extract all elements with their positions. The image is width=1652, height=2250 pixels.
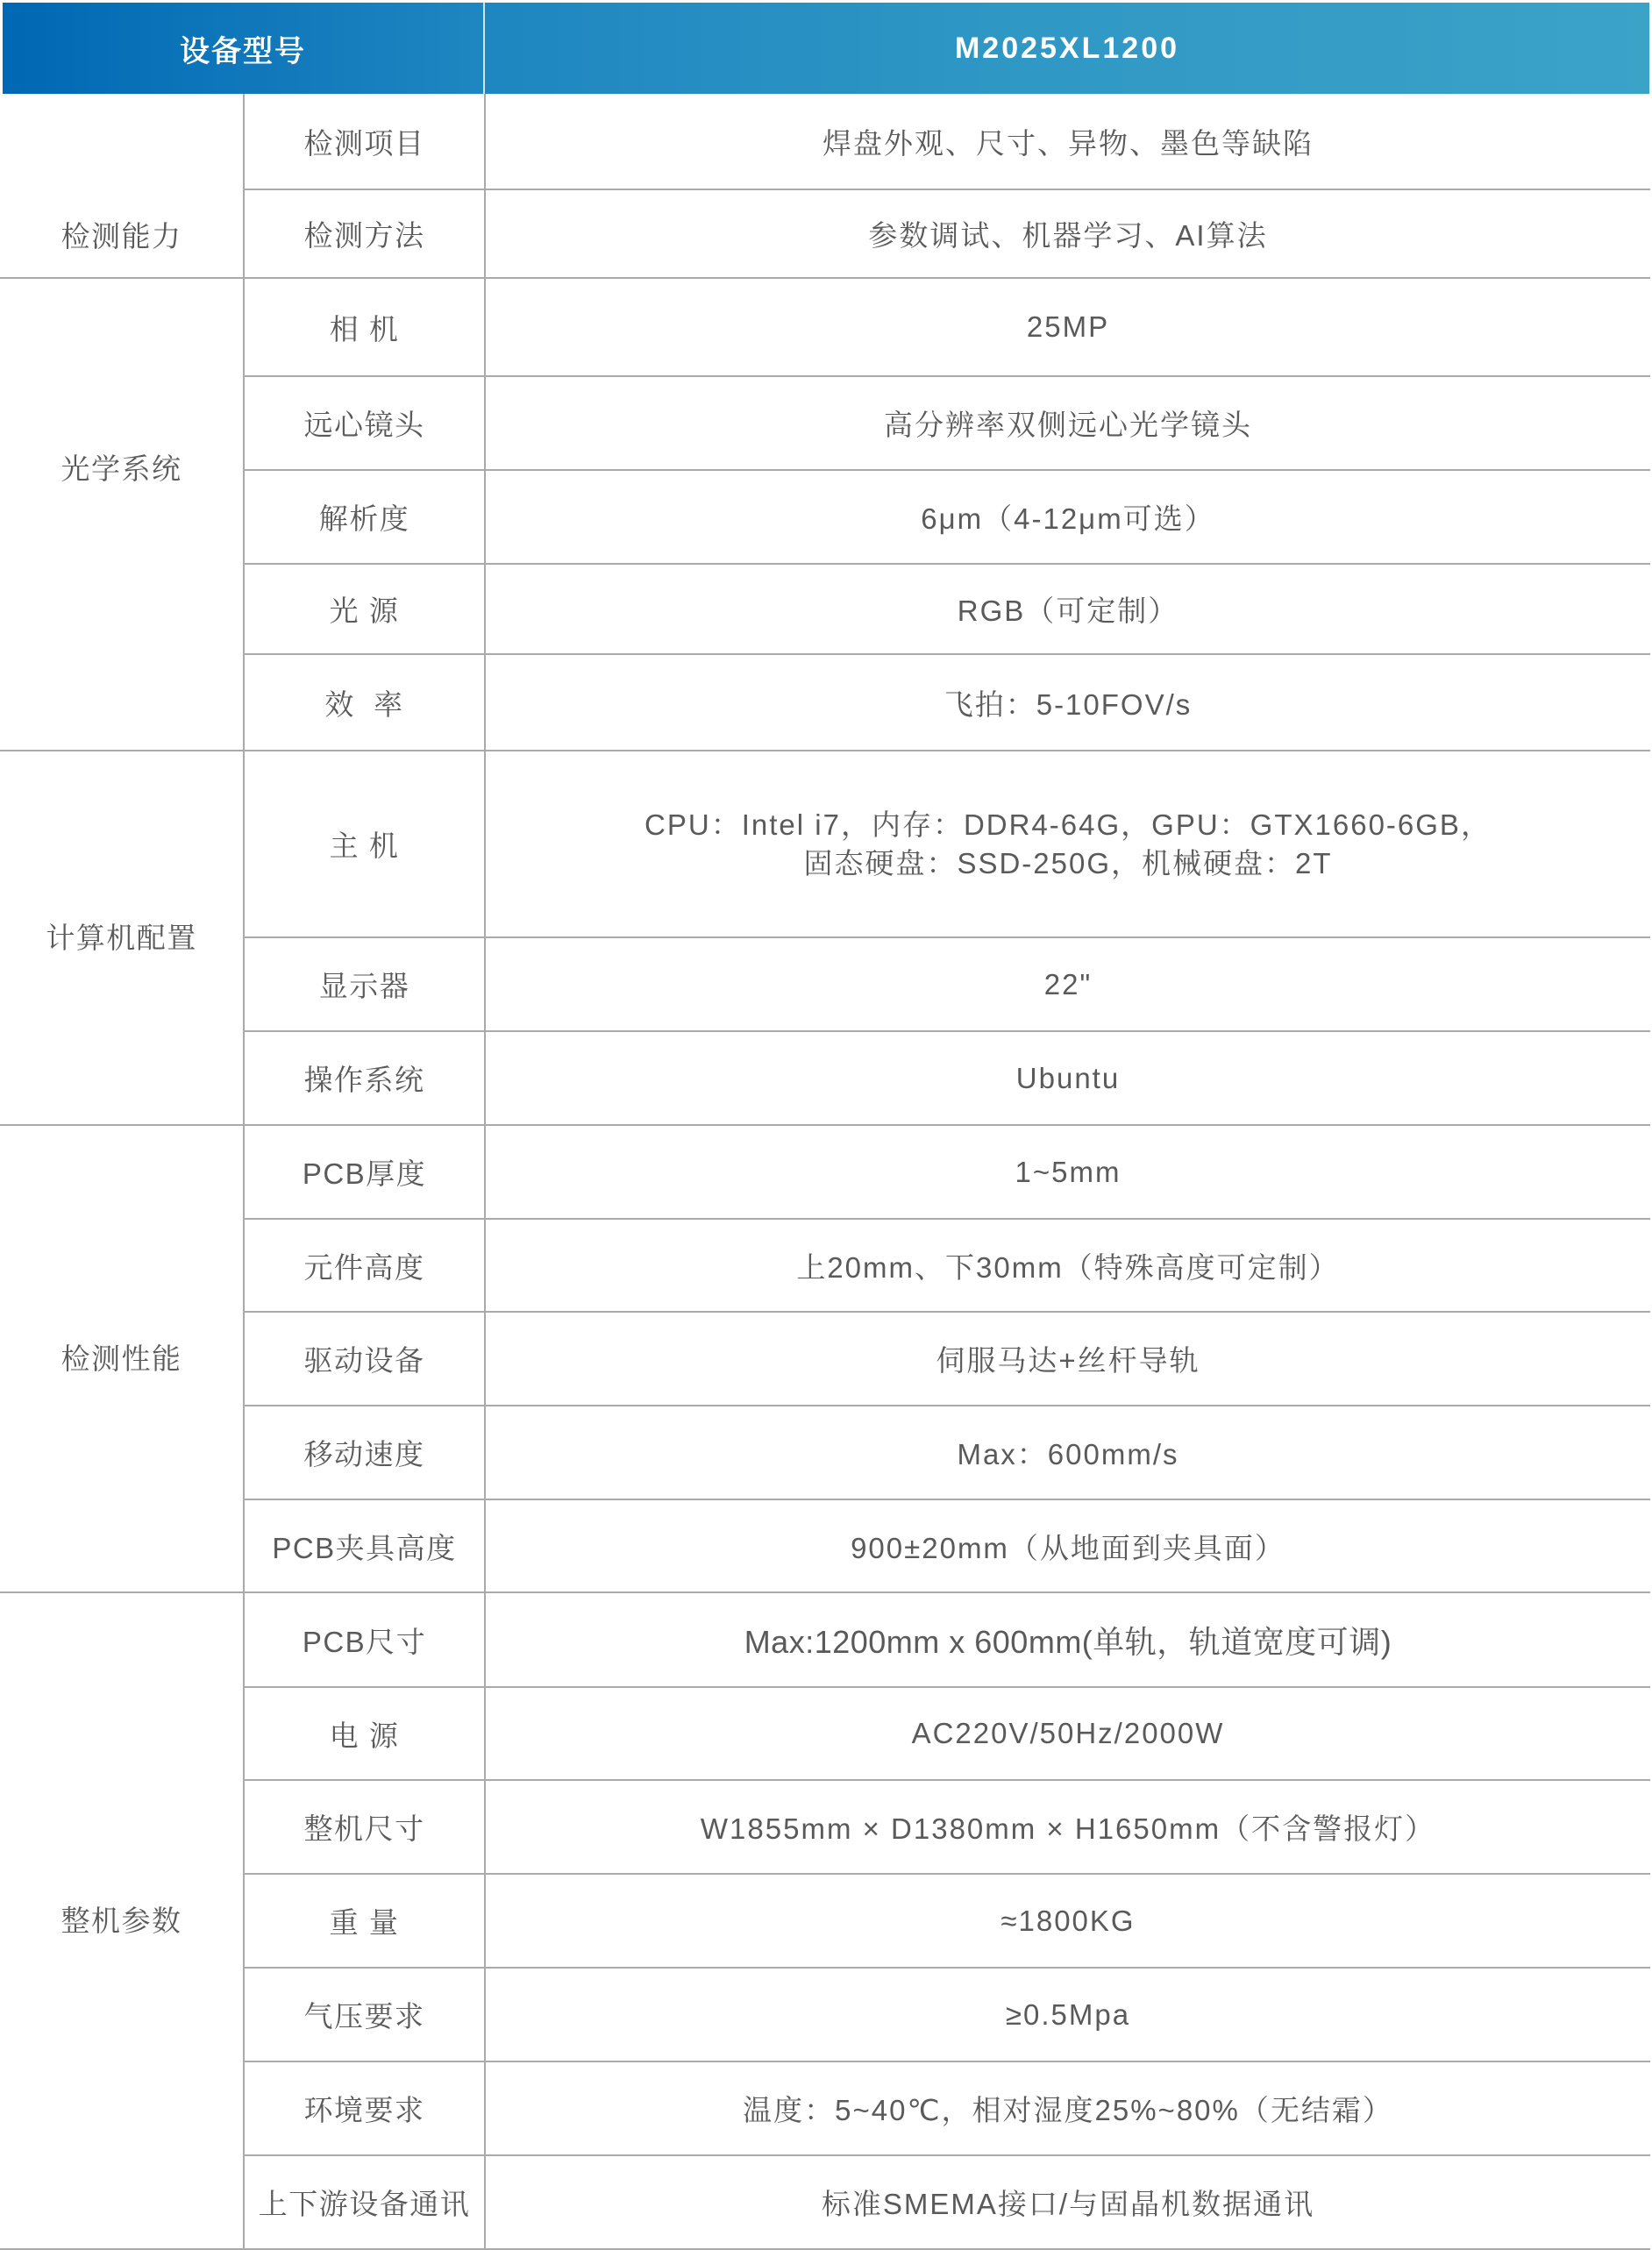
group-rows: PCB厚度 1~5mm 元件高度 上20mm、下30mm（特殊高度可定制） 驱动… bbox=[245, 1126, 1650, 1591]
table-row: 移动速度 Max：600mm/s bbox=[245, 1406, 1650, 1500]
model-label: 设备型号 bbox=[3, 3, 485, 94]
row-label: 操作系统 bbox=[245, 1032, 486, 1124]
group-label: 检测能力 bbox=[0, 94, 245, 277]
model-value: M2025XL1200 bbox=[485, 3, 1649, 94]
table-row: 相 机 25MP bbox=[245, 279, 1650, 377]
row-label: 效 率 bbox=[245, 655, 486, 750]
table-row: PCB尺寸 Max:1200mm x 600mm(单轨，轨道宽度可调) bbox=[245, 1593, 1650, 1688]
row-value: 焊盘外观、尺寸、异物、墨色等缺陷 bbox=[486, 94, 1650, 189]
row-label: 电 源 bbox=[245, 1688, 486, 1779]
row-label: 相 机 bbox=[245, 279, 486, 375]
group-label: 整机参数 bbox=[0, 1593, 245, 2248]
row-value: 上20mm、下30mm（特殊高度可定制） bbox=[486, 1220, 1650, 1311]
group-rows: 主 机 CPU：Intel i7，内存：DDR4-64G，GPU：GTX1660… bbox=[245, 751, 1650, 1124]
table-row: 效 率 飞拍：5-10FOV/s bbox=[245, 655, 1650, 750]
table-row: 整机尺寸 W1855mm × D1380mm × H1650mm（不含警报灯） bbox=[245, 1781, 1650, 1875]
group-rows: PCB尺寸 Max:1200mm x 600mm(单轨，轨道宽度可调) 电 源 … bbox=[245, 1593, 1650, 2248]
row-value-line: CPU：Intel i7，内存：DDR4-64G，GPU：GTX1660-6GB… bbox=[644, 806, 1492, 844]
row-label: 解析度 bbox=[245, 471, 486, 563]
table-row: 解析度 6μm（4-12μm可选） bbox=[245, 471, 1650, 565]
table-row: 操作系统 Ubuntu bbox=[245, 1032, 1650, 1124]
table-row: 环境要求 温度：5~40℃，相对湿度25%~80%（无结霜） bbox=[245, 2062, 1650, 2156]
row-label: 检测项目 bbox=[245, 94, 486, 189]
table-row: 远心镜头 高分辨率双侧远心光学镜头 bbox=[245, 377, 1650, 471]
table-row: 上下游设备通讯 标准SMEMA接口/与固晶机数据通讯 bbox=[245, 2156, 1650, 2248]
row-value: 高分辨率双侧远心光学镜头 bbox=[486, 377, 1650, 469]
group-rows: 相 机 25MP 远心镜头 高分辨率双侧远心光学镜头 解析度 6μm（4-12μ… bbox=[245, 279, 1650, 750]
row-label: PCB尺寸 bbox=[245, 1593, 486, 1686]
row-label: 上下游设备通讯 bbox=[245, 2156, 486, 2248]
row-value: W1855mm × D1380mm × H1650mm（不含警报灯） bbox=[486, 1781, 1650, 1873]
row-value-line: 固态硬盘：SSD-250G，机械硬盘：2T bbox=[803, 844, 1332, 883]
row-label: 重 量 bbox=[245, 1875, 486, 1967]
row-value: Max:1200mm x 600mm(单轨，轨道宽度可调) bbox=[486, 1593, 1650, 1686]
row-value: 25MP bbox=[486, 279, 1650, 375]
row-value: 22" bbox=[486, 938, 1650, 1030]
group-label: 检测性能 bbox=[0, 1126, 245, 1591]
table-row: 气压要求 ≥0.5Mpa bbox=[245, 1969, 1650, 2062]
row-label: 驱动设备 bbox=[245, 1313, 486, 1405]
table-row: PCB夹具高度 900±20mm（从地面到夹具面） bbox=[245, 1500, 1650, 1591]
row-label: 远心镜头 bbox=[245, 377, 486, 469]
row-value: Ubuntu bbox=[486, 1032, 1650, 1124]
row-label: 显示器 bbox=[245, 938, 486, 1030]
row-label: 气压要求 bbox=[245, 1969, 486, 2061]
row-value: ≥0.5Mpa bbox=[486, 1969, 1650, 2061]
row-value: 1~5mm bbox=[486, 1126, 1650, 1218]
row-value: AC220V/50Hz/2000W bbox=[486, 1688, 1650, 1779]
row-value: CPU：Intel i7，内存：DDR4-64G，GPU：GTX1660-6GB… bbox=[486, 751, 1650, 936]
table-row: PCB厚度 1~5mm bbox=[245, 1126, 1650, 1220]
group-label: 计算机配置 bbox=[0, 751, 245, 1124]
group-detection-performance: 检测性能 PCB厚度 1~5mm 元件高度 上20mm、下30mm（特殊高度可定… bbox=[0, 1126, 1650, 1593]
row-label: 光 源 bbox=[245, 565, 486, 653]
row-label: PCB夹具高度 bbox=[245, 1500, 486, 1591]
row-value: 伺服马达+丝杆导轨 bbox=[486, 1313, 1650, 1405]
group-detection-capability: 检测能力 检测项目 焊盘外观、尺寸、异物、墨色等缺陷 检测方法 参数调试、机器学… bbox=[0, 94, 1650, 279]
table-row: 重 量 ≈1800KG bbox=[245, 1875, 1650, 1969]
group-optical-system: 光学系统 相 机 25MP 远心镜头 高分辨率双侧远心光学镜头 解析度 6μm（… bbox=[0, 279, 1650, 751]
table-row: 电 源 AC220V/50Hz/2000W bbox=[245, 1688, 1650, 1781]
row-label: 元件高度 bbox=[245, 1220, 486, 1311]
table-row: 驱动设备 伺服马达+丝杆导轨 bbox=[245, 1313, 1650, 1406]
table-row: 元件高度 上20mm、下30mm（特殊高度可定制） bbox=[245, 1220, 1650, 1313]
table-row: 检测项目 焊盘外观、尺寸、异物、墨色等缺陷 bbox=[245, 94, 1650, 190]
row-label: 主 机 bbox=[245, 751, 486, 936]
row-value: Max：600mm/s bbox=[486, 1406, 1650, 1499]
row-label: 环境要求 bbox=[245, 2062, 486, 2154]
row-value: 标准SMEMA接口/与固晶机数据通讯 bbox=[486, 2156, 1650, 2248]
row-value: 温度：5~40℃，相对湿度25%~80%（无结霜） bbox=[486, 2062, 1650, 2154]
table-row: 显示器 22" bbox=[245, 938, 1650, 1032]
table-row: 主 机 CPU：Intel i7，内存：DDR4-64G，GPU：GTX1660… bbox=[245, 751, 1650, 938]
group-rows: 检测项目 焊盘外观、尺寸、异物、墨色等缺陷 检测方法 参数调试、机器学习、AI算… bbox=[245, 94, 1650, 277]
table-row: 光 源 RGB（可定制） bbox=[245, 565, 1650, 655]
group-label: 光学系统 bbox=[0, 279, 245, 750]
row-label: 检测方法 bbox=[245, 190, 486, 277]
row-value: ≈1800KG bbox=[486, 1875, 1650, 1967]
group-machine-parameters: 整机参数 PCB尺寸 Max:1200mm x 600mm(单轨，轨道宽度可调)… bbox=[0, 1593, 1650, 2250]
row-label: PCB厚度 bbox=[245, 1126, 486, 1218]
row-value: RGB（可定制） bbox=[486, 565, 1650, 653]
group-computer-config: 计算机配置 主 机 CPU：Intel i7，内存：DDR4-64G，GPU：G… bbox=[0, 751, 1650, 1126]
row-label: 移动速度 bbox=[245, 1406, 486, 1499]
row-value: 6μm（4-12μm可选） bbox=[486, 471, 1650, 563]
table-row: 检测方法 参数调试、机器学习、AI算法 bbox=[245, 190, 1650, 277]
row-value: 飞拍：5-10FOV/s bbox=[486, 655, 1650, 750]
row-label: 整机尺寸 bbox=[245, 1781, 486, 1873]
table-header: 设备型号 M2025XL1200 bbox=[3, 3, 1649, 94]
row-value: 900±20mm（从地面到夹具面） bbox=[486, 1500, 1650, 1591]
row-value: 参数调试、机器学习、AI算法 bbox=[486, 190, 1650, 277]
